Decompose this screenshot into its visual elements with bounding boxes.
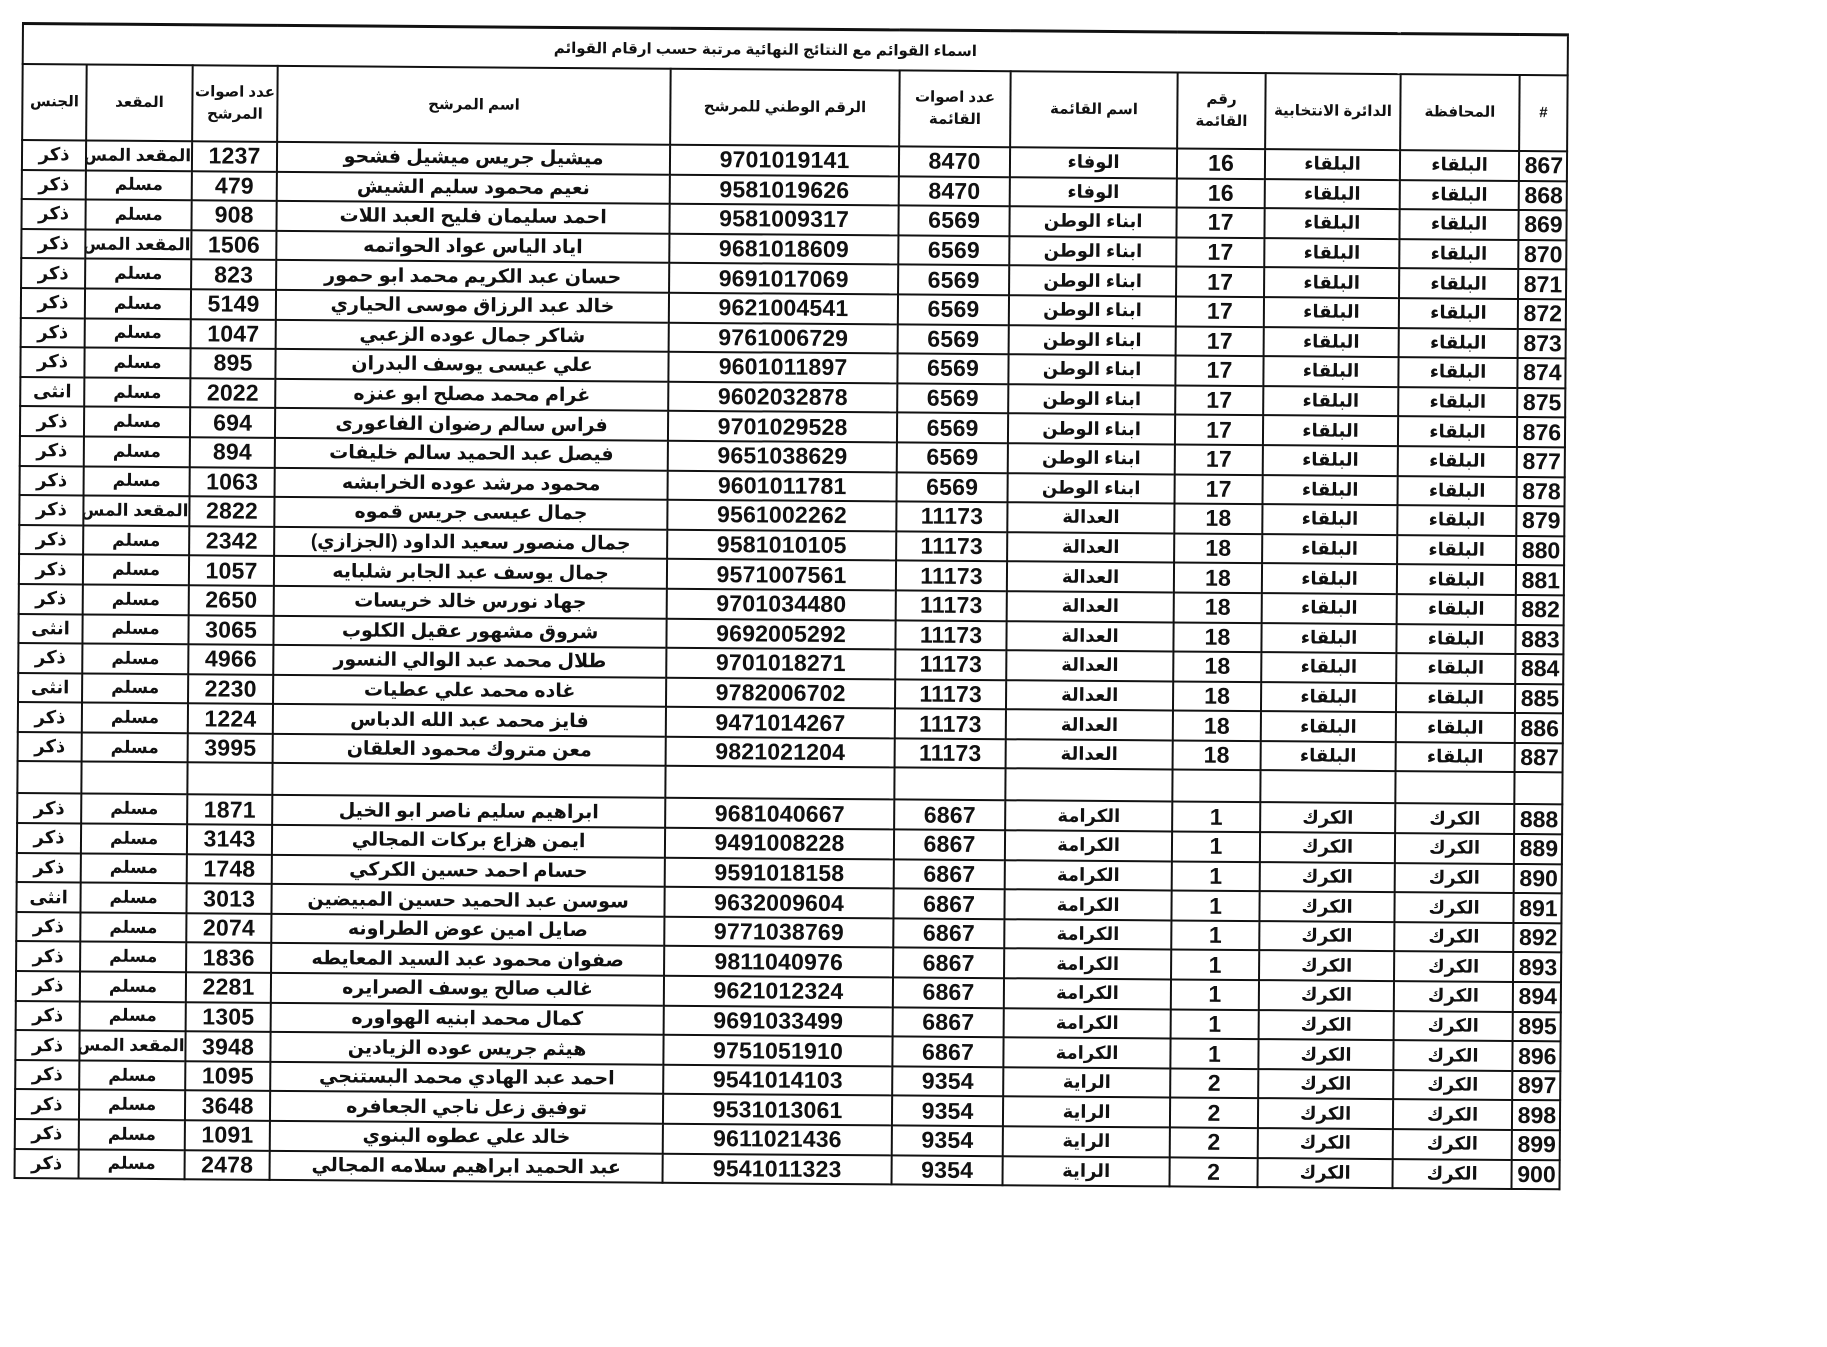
cell-gender: ذكر: [22, 140, 86, 170]
cell-candidate-name: احمد سليمان فليح العبد اللات: [277, 201, 670, 233]
cell-district: البلقاء: [1265, 179, 1400, 210]
cell-list-votes: 6867: [892, 1037, 1003, 1067]
cell-national-id: 9591018158: [665, 857, 894, 888]
cell-seat: مسلم: [81, 883, 187, 913]
cell-national-id: 9681018609: [669, 234, 898, 265]
cell-national-id: 9701029528: [668, 411, 897, 442]
cell-list-number: 1: [1171, 920, 1259, 950]
cell-list-number: 17: [1176, 267, 1264, 297]
cell-governorate: الكرك: [1393, 1129, 1512, 1159]
cell-gender: انثى: [18, 673, 82, 703]
cell-gender: ذكر: [17, 823, 81, 853]
cell-national-id: 9701018271: [666, 648, 895, 679]
cell-candidate-votes: 1871: [187, 795, 272, 825]
cell-seat: مسلم: [79, 1060, 185, 1090]
col-header-list-name: اسم القائمة: [1010, 71, 1178, 148]
cell-candidate-name: معن متروك محمود العلقان: [273, 734, 666, 766]
cell-national-id: 9771038769: [664, 917, 893, 948]
cell-candidate-name: عبد الحميد ابراهيم سلامه المجالي: [270, 1150, 663, 1182]
cell-candidate-name: خالد عبد الرزاق موسى الحياري: [276, 290, 669, 322]
cell-list-number: 1: [1171, 979, 1259, 1009]
cell-index: [1514, 772, 1562, 804]
cell-governorate: الكرك: [1395, 833, 1514, 863]
cell-national-id: 9541011323: [663, 1153, 892, 1184]
cell-governorate: الكرك: [1393, 1040, 1512, 1070]
cell-list-name: الكرامة: [1004, 949, 1171, 980]
cell-candidate-votes: 1748: [187, 854, 272, 884]
cell-candidate-name: حسام احمد حسين الكركي: [272, 855, 665, 887]
cell-list-votes: 6867: [893, 918, 1004, 948]
cell-index: 890: [1514, 864, 1562, 894]
cell-index: 867: [1519, 151, 1567, 181]
cell-gender: ذكر: [15, 1030, 79, 1060]
cell-list-votes: 11173: [896, 590, 1007, 620]
cell-district: البلقاء: [1265, 208, 1400, 239]
cell-list-number: 16: [1177, 178, 1265, 208]
cell-list-votes: 11173: [895, 738, 1006, 768]
cell-candidate-votes: 908: [192, 200, 277, 230]
results-sheet: اسماء القوائم مع النتائج النهائية مرتبة …: [14, 22, 1567, 1190]
cell-gender: ذكر: [15, 1060, 79, 1090]
cell-list-number: 18: [1173, 652, 1261, 682]
cell-index: 893: [1513, 952, 1561, 982]
cell-district: البلقاء: [1261, 711, 1396, 742]
cell-index: 883: [1515, 624, 1563, 654]
cell-candidate-votes: 2650: [189, 585, 274, 615]
cell-district: الكرك: [1259, 951, 1394, 982]
cell-list-votes: 11173: [895, 709, 1006, 739]
cell-candidate-votes: 1237: [192, 141, 277, 171]
cell-gender: ذكر: [15, 1149, 79, 1179]
cell-candidate-votes: 1047: [191, 319, 276, 349]
cell-candidate-votes: 1063: [190, 467, 275, 497]
cell-national-id: 9491008228: [665, 828, 894, 859]
cell-list-number: 18: [1174, 504, 1262, 534]
cell-candidate-votes: 3143: [187, 824, 272, 854]
cell-national-id: 9782006702: [666, 677, 895, 708]
cell-seat: مسلم: [86, 170, 192, 200]
cell-governorate: البلقاء: [1399, 298, 1518, 328]
cell-candidate-name: غالب صالح يوسف الصرايره: [271, 973, 664, 1005]
cell-list-name: ابناء الوطن: [1010, 206, 1177, 237]
cell-list-votes: 6569: [898, 294, 1009, 324]
cell-index: 885: [1515, 684, 1563, 714]
cell-index: 886: [1515, 713, 1563, 743]
cell-candidate-name: جمال منصور سعيد الداود (الجزازي): [274, 527, 667, 559]
cell-governorate: البلقاء: [1398, 416, 1517, 446]
cell-index: 892: [1513, 923, 1561, 953]
cell-governorate: البلقاء: [1397, 594, 1516, 624]
cell-list-name: الراية: [1003, 1097, 1170, 1128]
cell-candidate-name: سوسن عبد الحميد حسين المبيضين: [272, 884, 665, 916]
cell-candidate-name: خالد علي عطوه البنوي: [270, 1121, 663, 1153]
cell-index: 871: [1518, 269, 1566, 299]
cell-list-votes: 6867: [893, 977, 1004, 1007]
cell-list-name: ابناء الوطن: [1008, 443, 1175, 474]
cell-seat: مسلم: [81, 853, 187, 883]
cell-candidate-votes: 2342: [189, 526, 274, 556]
cell-candidate-votes: 3065: [189, 615, 274, 645]
cell-list-number: 17: [1175, 356, 1263, 386]
cell-candidate-name: حسان عبد الكريم محمد ابو حمور: [276, 260, 669, 292]
cell-list-name: الوفاء: [1010, 147, 1177, 178]
cell-list-name: الوفاء: [1010, 177, 1177, 208]
cell-governorate: البلقاء: [1398, 387, 1517, 417]
cell-list-number: 18: [1174, 592, 1262, 622]
cell-national-id: 9601011781: [668, 470, 897, 501]
col-header-candidate-name: اسم المرشح: [277, 66, 671, 145]
cell-index: 878: [1517, 477, 1565, 507]
cell-list-name: ابناء الوطن: [1009, 295, 1176, 326]
cell-seat: مسلم: [79, 1119, 185, 1149]
cell-candidate-name: صايل امين عوض الطراونه: [271, 914, 664, 946]
cell-candidate-votes: 823: [191, 260, 276, 290]
cell-district: البلقاء: [1261, 741, 1396, 772]
col-header-gender: الجنس: [22, 64, 87, 140]
cell-list-votes: 8470: [899, 146, 1010, 176]
cell-national-id: 9561002262: [667, 500, 896, 531]
cell-district: البلقاء: [1262, 563, 1397, 594]
cell-district: الكرك: [1259, 1010, 1394, 1041]
cell-national-id: 9751051910: [663, 1035, 892, 1066]
cell-governorate: البلقاء: [1397, 505, 1516, 535]
cell-seat: مسلم: [83, 584, 189, 614]
cell-district: الكرك: [1260, 803, 1395, 834]
cell-list-votes: [894, 768, 1005, 801]
cell-district: الكرك: [1258, 1098, 1393, 1129]
cell-seat: مسلم: [82, 703, 188, 733]
cell-candidate-name: جمال يوسف عبد الجابر شلبايه: [274, 556, 667, 588]
cell-national-id: 9691017069: [669, 263, 898, 294]
cell-gender: انثى: [18, 613, 82, 643]
cell-seat: مسلم: [80, 971, 186, 1001]
cell-candidate-votes: 4966: [188, 644, 273, 674]
cell-list-number: 1: [1172, 861, 1260, 891]
cell-district: الكرك: [1258, 1039, 1393, 1070]
cell-candidate-name: شروق مشهور عقيل الكلوب: [274, 615, 667, 647]
cell-candidate-name: محمود مرشد عوده الخرابشه: [275, 467, 668, 499]
cell-candidate-name: صفوان محمود عبد السيد المعايطه: [271, 943, 664, 975]
cell-list-number: 17: [1176, 326, 1264, 356]
cell-list-name: الكرامة: [1004, 1008, 1171, 1039]
cell-gender: ذكر: [21, 318, 85, 348]
cell-governorate: البلقاء: [1396, 742, 1515, 772]
cell-gender: ذكر: [21, 288, 85, 318]
cell-district: الكرك: [1259, 921, 1394, 952]
cell-national-id: 9701019141: [670, 145, 899, 176]
cell-list-number: 17: [1175, 444, 1263, 474]
cell-district: البلقاء: [1262, 504, 1397, 535]
cell-candidate-name: احمد عبد الهادي محمد البستنجي: [270, 1062, 663, 1094]
cell-candidate-name: غاده محمد علي عطيات: [273, 675, 666, 707]
cell-gender: ذكر: [20, 406, 84, 436]
cell-district: البلقاء: [1264, 238, 1399, 269]
cell-candidate-name: جهاد نورس خالد خريسات: [274, 586, 667, 618]
cell-gender: ذكر: [19, 525, 83, 555]
cell-governorate: الكرك: [1395, 804, 1514, 834]
cell-candidate-votes: 1836: [186, 943, 271, 973]
cell-seat: [81, 762, 187, 795]
cell-gender: انثى: [16, 882, 80, 912]
cell-national-id: [665, 766, 894, 800]
cell-governorate: البلقاء: [1400, 180, 1519, 210]
cell-governorate: البلقاء: [1398, 357, 1517, 387]
cell-governorate: البلقاء: [1398, 446, 1517, 476]
cell-index: 868: [1519, 181, 1567, 211]
cell-candidate-name: ابراهيم سليم ناصر ابو الخيل: [272, 795, 665, 827]
cell-list-number: 17: [1176, 237, 1264, 267]
cell-seat: مسلم: [79, 1090, 185, 1120]
cell-candidate-name: ايمن هزاع بركات المجالي: [272, 825, 665, 857]
cell-candidate-votes: 2281: [186, 972, 271, 1002]
cell-list-number: 18: [1174, 533, 1262, 563]
cell-list-name: العدالة: [1007, 502, 1174, 533]
cell-list-name: الكرامة: [1004, 919, 1171, 950]
cell-list-votes: 6569: [897, 383, 1008, 413]
cell-national-id: 9581009317: [670, 204, 899, 235]
cell-list-name: العدالة: [1006, 680, 1173, 711]
cell-list-name: الكرامة: [1003, 1037, 1170, 1068]
cell-seat: مسلم: [80, 912, 186, 942]
cell-list-number: 2: [1170, 1157, 1258, 1187]
cell-national-id: 9632009604: [665, 887, 894, 918]
cell-index: 870: [1518, 240, 1566, 270]
cell-gender: [17, 761, 81, 793]
cell-list-votes: 9354: [892, 1125, 1003, 1155]
cell-candidate-name: طلال محمد عبد الوالي النسور: [273, 645, 666, 677]
cell-candidate-votes: 3995: [188, 733, 273, 763]
cell-list-name: ابناء الوطن: [1008, 473, 1175, 504]
cell-index: 889: [1514, 834, 1562, 864]
cell-national-id: 9821021204: [666, 737, 895, 768]
cell-index: 887: [1515, 743, 1563, 773]
cell-list-number: 1: [1172, 802, 1260, 832]
cell-district: البلقاء: [1262, 534, 1397, 565]
cell-index: 884: [1515, 654, 1563, 684]
cell-list-number: 1: [1170, 1039, 1258, 1069]
cell-governorate: البلقاء: [1399, 239, 1518, 269]
document-title-text: اسماء القوائم مع النتائج النهائية مرتبة …: [554, 40, 977, 60]
cell-index: 874: [1517, 358, 1565, 388]
cell-candidate-votes: 3648: [185, 1091, 270, 1121]
cell-index: 897: [1512, 1071, 1560, 1101]
cell-candidate-name: ميشيل جريس ميشيل فشحو: [277, 142, 670, 174]
cell-governorate: البلقاء: [1396, 683, 1515, 713]
cell-index: 872: [1518, 299, 1566, 329]
cell-index: 898: [1512, 1100, 1560, 1130]
cell-candidate-name: نعيم محمود سليم الشيش: [277, 171, 670, 203]
cell-district: البلقاء: [1264, 267, 1399, 298]
cell-candidate-votes: 5149: [191, 289, 276, 319]
col-header-district: الدائرة الانتخابية: [1265, 73, 1401, 150]
cell-index: 900: [1512, 1160, 1560, 1190]
cell-index: 875: [1517, 388, 1565, 418]
cell-gender: ذكر: [17, 793, 81, 823]
cell-gender: ذكر: [20, 347, 84, 377]
cell-index: 881: [1516, 565, 1564, 595]
cell-list-votes: 6867: [894, 889, 1005, 919]
cell-gender: ذكر: [15, 1119, 79, 1149]
cell-list-votes: 11173: [896, 620, 1007, 650]
cell-list-name: الكرامة: [1005, 801, 1172, 832]
cell-gender: ذكر: [16, 912, 80, 942]
cell-district: البلقاء: [1262, 593, 1397, 624]
cell-seat: مسلم: [82, 644, 188, 674]
cell-governorate: الكرك: [1395, 863, 1514, 893]
cell-list-votes: 6569: [897, 354, 1008, 384]
cell-candidate-votes: [187, 763, 272, 796]
cell-list-name: [1005, 769, 1172, 802]
cell-index: 873: [1518, 329, 1566, 359]
cell-list-name: ابناء الوطن: [1009, 266, 1176, 297]
col-header-list-votes: عدد اصوات القائمة: [899, 70, 1011, 147]
cell-district: البلقاء: [1263, 445, 1398, 476]
cell-seat: مسلم: [84, 348, 190, 378]
cell-candidate-name: فايز محمد عبد الله الدباس: [273, 704, 666, 736]
cell-list-votes: 6867: [894, 800, 1005, 830]
cell-candidate-name: توفيق زعل ناجي الجعافره: [270, 1091, 663, 1123]
cell-national-id: 9692005292: [667, 618, 896, 649]
cell-national-id: 9611021436: [663, 1124, 892, 1155]
cell-list-name: الكرامة: [1005, 889, 1172, 920]
cell-governorate: الكرك: [1393, 1099, 1512, 1129]
cell-district: البلقاء: [1264, 327, 1399, 358]
cell-governorate: البلقاء: [1396, 624, 1515, 654]
cell-seat: مسلم: [85, 259, 191, 289]
cell-seat: مسلم: [81, 794, 187, 824]
cell-seat: مسلم: [86, 200, 192, 230]
cell-gender: ذكر: [19, 554, 83, 584]
cell-gender: ذكر: [20, 436, 84, 466]
cell-index: 879: [1516, 506, 1564, 536]
cell-list-number: 17: [1175, 385, 1263, 415]
cell-seat: مسلم: [83, 614, 189, 644]
cell-seat: مسلم: [80, 942, 186, 972]
cell-governorate: الكرك: [1395, 892, 1514, 922]
cell-candidate-name: فيصل عبد الحميد سالم خليفات: [275, 438, 668, 470]
cell-candidate-votes: 1057: [189, 556, 274, 586]
cell-list-number: 18: [1174, 563, 1262, 593]
cell-district: البلقاء: [1261, 652, 1396, 683]
cell-gender: ذكر: [20, 466, 84, 496]
cell-seat: مسلم: [83, 525, 189, 555]
cell-list-votes: 11173: [896, 531, 1007, 561]
cell-governorate: الكرك: [1393, 1159, 1512, 1189]
cell-candidate-votes: 1506: [191, 230, 276, 260]
cell-list-number: 1: [1172, 832, 1260, 862]
col-header-candidate-votes: عدد اصوات المرشح: [192, 65, 278, 142]
cell-national-id: 9691033499: [664, 1005, 893, 1036]
cell-list-name: الراية: [1003, 1126, 1170, 1157]
cell-list-name: العدالة: [1006, 650, 1173, 681]
cell-list-name: ابناء الوطن: [1009, 236, 1176, 267]
cell-seat: المقعد المس: [83, 496, 189, 526]
cell-index: 869: [1519, 210, 1567, 240]
cell-governorate: [1395, 772, 1514, 805]
cell-list-votes: 11173: [896, 561, 1007, 591]
cell-seat: مسلم: [84, 466, 190, 496]
cell-candidate-votes: 895: [190, 348, 275, 378]
cell-national-id: 9621012324: [664, 976, 893, 1007]
cell-district: الكرك: [1260, 862, 1395, 893]
cell-district: البلقاء: [1261, 682, 1396, 713]
cell-list-name: العدالة: [1006, 621, 1173, 652]
cell-list-number: 16: [1177, 148, 1265, 178]
cell-index: 896: [1512, 1041, 1560, 1071]
cell-index: 876: [1517, 417, 1565, 447]
cell-seat: مسلم: [84, 377, 190, 407]
cell-list-name: الكرامة: [1005, 860, 1172, 891]
cell-candidate-votes: 2478: [185, 1150, 270, 1180]
cell-gender: ذكر: [19, 584, 83, 614]
cell-national-id: 9601011897: [668, 352, 897, 383]
cell-gender: ذكر: [21, 258, 85, 288]
col-header-national-id: الرقم الوطني للمرشح: [670, 69, 900, 147]
cell-list-votes: 9354: [892, 1066, 1003, 1096]
cell-candidate-name: اياد الياس عواد الحواتمه: [276, 231, 669, 263]
cell-list-name: ابناء الوطن: [1008, 414, 1175, 445]
cell-district: البلقاء: [1263, 386, 1398, 417]
cell-gender: ذكر: [19, 495, 83, 525]
cell-list-votes: 9354: [892, 1155, 1003, 1185]
cell-seat: مسلم: [84, 436, 190, 466]
cell-governorate: البلقاء: [1397, 564, 1516, 594]
cell-list-votes: 6867: [893, 1007, 1004, 1037]
cell-list-votes: 9354: [892, 1096, 1003, 1126]
cell-index: 895: [1513, 1012, 1561, 1042]
cell-candidate-name: كمال محمد ابنيه الهواوره: [271, 1002, 664, 1034]
cell-index: 891: [1514, 893, 1562, 923]
cell-index: 899: [1512, 1130, 1560, 1160]
cell-candidate-votes: 2230: [188, 674, 273, 704]
cell-district: الكرك: [1258, 1158, 1393, 1189]
cell-list-number: 17: [1176, 296, 1264, 326]
cell-list-votes: 6569: [898, 265, 1009, 295]
cell-list-votes: 6569: [897, 413, 1008, 443]
cell-governorate: البلقاء: [1396, 653, 1515, 683]
cell-candidate-votes: 1095: [185, 1061, 270, 1091]
cell-seat: مسلم: [82, 673, 188, 703]
cell-candidate-votes: 2822: [189, 496, 274, 526]
cell-candidate-votes: 2022: [190, 378, 275, 408]
cell-gender: ذكر: [17, 853, 81, 883]
cell-list-number: 18: [1173, 711, 1261, 741]
cell-list-votes: 6867: [894, 829, 1005, 859]
cell-candidate-votes: 694: [190, 408, 275, 438]
cell-list-name: العدالة: [1006, 739, 1173, 770]
cell-list-votes: 6569: [898, 235, 1009, 265]
cell-seat: مسلم: [80, 1001, 186, 1031]
cell-seat: المقعد المس: [86, 140, 192, 170]
cell-seat: مسلم: [85, 318, 191, 348]
cell-seat: مسلم: [83, 555, 189, 585]
cell-gender: ذكر: [22, 170, 86, 200]
cell-national-id: 9811040976: [664, 946, 893, 977]
col-header-list-number: رقم القائمة: [1177, 72, 1266, 149]
cell-seat: مسلم: [79, 1149, 185, 1179]
cell-governorate: الكرك: [1394, 1011, 1513, 1041]
cell-candidate-name: هيثم جريس عوده الزيادين: [270, 1032, 663, 1064]
cell-list-name: العدالة: [1007, 591, 1174, 622]
cell-list-name: الراية: [1003, 1156, 1170, 1187]
cell-list-votes: 6569: [897, 472, 1008, 502]
cell-candidate-votes: 479: [192, 171, 277, 201]
cell-governorate: البلقاء: [1399, 268, 1518, 298]
cell-national-id: 9571007561: [667, 559, 896, 590]
cell-list-number: 18: [1173, 681, 1261, 711]
cell-list-votes: 11173: [895, 650, 1006, 680]
cell-gender: ذكر: [16, 1001, 80, 1031]
